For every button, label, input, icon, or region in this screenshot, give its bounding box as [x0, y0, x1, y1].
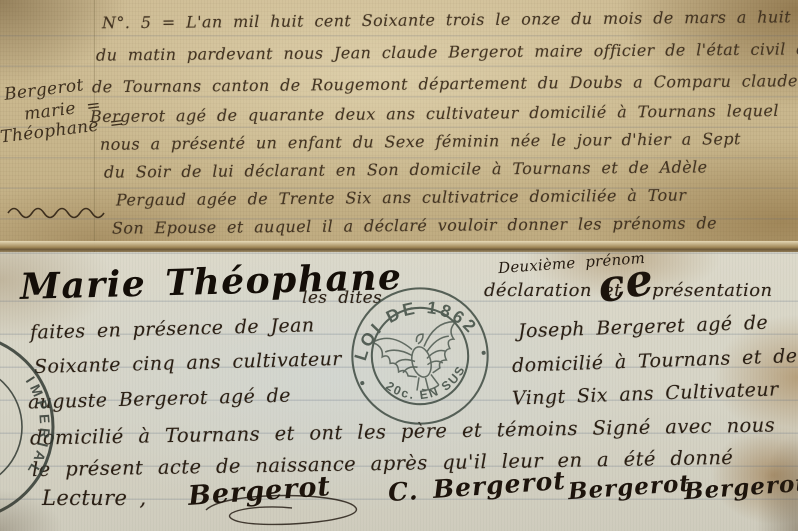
stamp-dot [360, 381, 365, 386]
edge-stamp-text: IMPERIAL [23, 373, 54, 480]
declaration-text-right: présentation [652, 282, 772, 300]
upper-register-section: Bergerot marie = Théophane = N°. 5 = L'a… [0, 0, 798, 252]
ink-flourish: ce [595, 258, 657, 311]
edge-stamp-imperial: IMPERIAL [0, 352, 60, 502]
margin-squiggle-icon [6, 205, 116, 219]
signature-witness-2: Bergerot [683, 472, 798, 504]
birth-record-scan: Bergerot marie = Théophane = N°. 5 = L'a… [0, 0, 798, 531]
stamp-dot [481, 350, 486, 355]
edge-stamp-inner-ring [0, 365, 22, 489]
signature-flourish-icon [196, 496, 376, 526]
